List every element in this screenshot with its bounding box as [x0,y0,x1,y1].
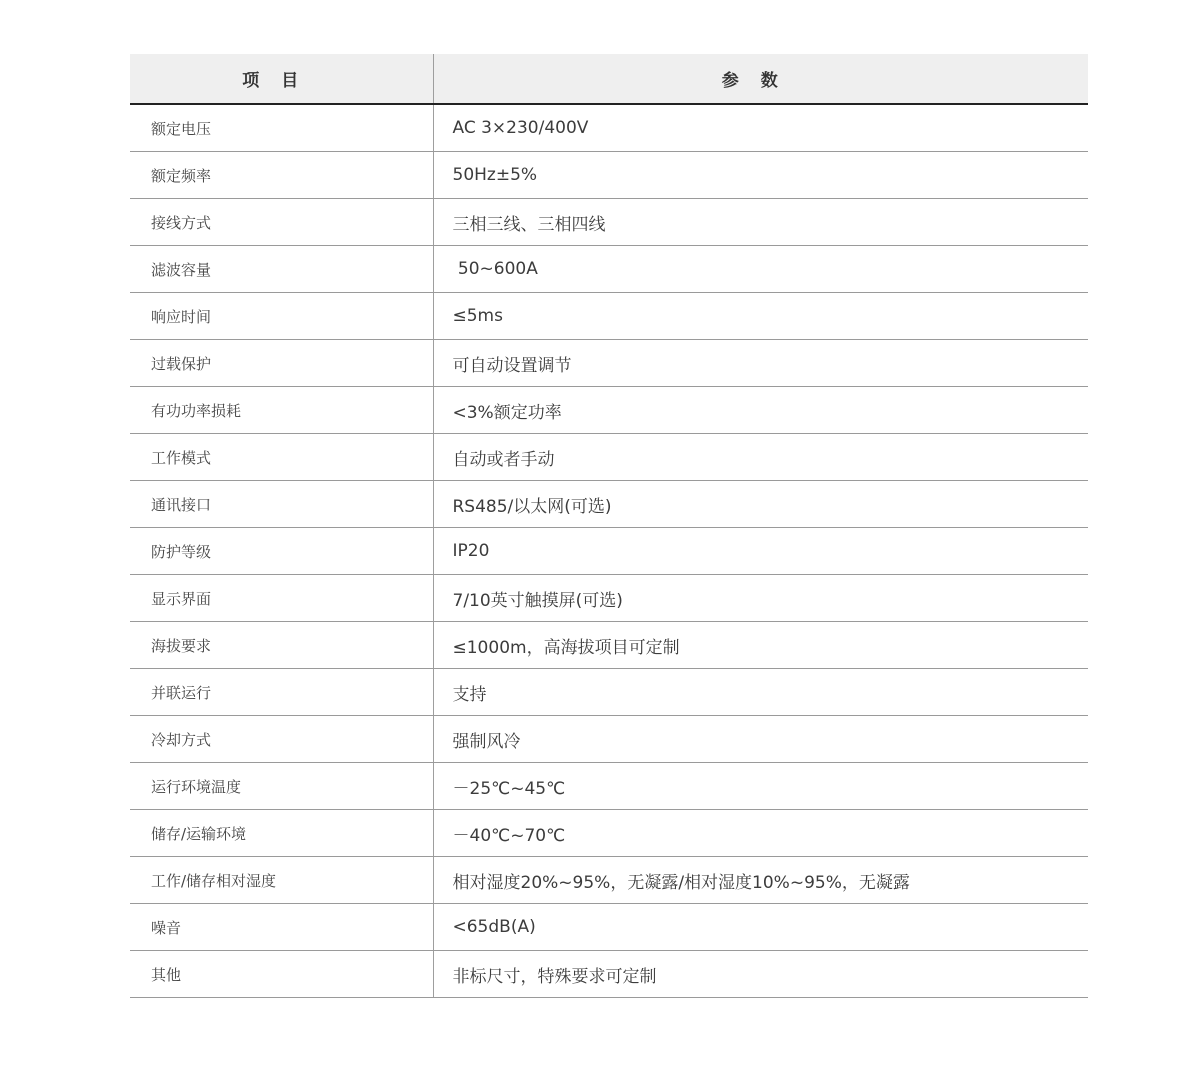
table-row: 其他非标尺寸，特殊要求可定制 [130,951,1088,998]
spec-item-value: ≤1000m，高海拔项目可定制 [433,622,1088,669]
table-row: 响应时间≤5ms [130,293,1088,340]
spec-item-name: 滤波容量 [130,246,433,293]
spec-item-value: IP20 [433,528,1088,575]
spec-item-value: 7/10英寸触摸屏(可选) [433,575,1088,622]
spec-item-value: 支持 [433,669,1088,716]
spec-item-name: 运行环境温度 [130,763,433,810]
spec-item-value: －40℃~70℃ [433,810,1088,857]
table-row: 储存/运输环境－40℃~70℃ [130,810,1088,857]
table-body: 额定电压AC 3×230/400V额定频率50Hz±5%接线方式三相三线、三相四… [130,104,1088,998]
table-row: 防护等级IP20 [130,528,1088,575]
table-row: 额定频率50Hz±5% [130,152,1088,199]
spec-item-name: 响应时间 [130,293,433,340]
spec-item-value: －25℃~45℃ [433,763,1088,810]
spec-item-value: 50Hz±5% [433,152,1088,199]
spec-item-name: 接线方式 [130,199,433,246]
spec-item-name: 通讯接口 [130,481,433,528]
spec-item-name: 并联运行 [130,669,433,716]
spec-item-name: 有功功率损耗 [130,387,433,434]
table-row: 并联运行支持 [130,669,1088,716]
spec-item-name: 冷却方式 [130,716,433,763]
spec-item-value: RS485/以太网(可选) [433,481,1088,528]
spec-item-value: 自动或者手动 [433,434,1088,481]
spec-item-name: 海拔要求 [130,622,433,669]
table-row: 工作模式自动或者手动 [130,434,1088,481]
table-row: 冷却方式强制风冷 [130,716,1088,763]
table-row: 通讯接口RS485/以太网(可选) [130,481,1088,528]
spec-table: 项目 参数 额定电压AC 3×230/400V额定频率50Hz±5%接线方式三相… [130,54,1088,998]
table-row: 滤波容量 50~600A [130,246,1088,293]
spec-item-name: 显示界面 [130,575,433,622]
spec-item-value: AC 3×230/400V [433,104,1088,152]
spec-item-value: <3%额定功率 [433,387,1088,434]
table-row: 显示界面7/10英寸触摸屏(可选) [130,575,1088,622]
table-row: 接线方式三相三线、三相四线 [130,199,1088,246]
table-row: 有功功率损耗<3%额定功率 [130,387,1088,434]
table-row: 噪音<65dB(A) [130,904,1088,951]
spec-item-name: 工作/储存相对湿度 [130,857,433,904]
spec-item-name: 额定频率 [130,152,433,199]
spec-item-value: 强制风冷 [433,716,1088,763]
spec-item-value: 三相三线、三相四线 [433,199,1088,246]
table-row: 过载保护可自动设置调节 [130,340,1088,387]
spec-item-name: 工作模式 [130,434,433,481]
spec-item-value: ≤5ms [433,293,1088,340]
spec-item-name: 储存/运输环境 [130,810,433,857]
spec-item-value: 相对湿度20%~95%，无凝露/相对湿度10%~95%，无凝露 [433,857,1088,904]
table-header: 项目 参数 [130,54,1088,104]
spec-item-name: 额定电压 [130,104,433,152]
table-row: 工作/储存相对湿度相对湿度20%~95%，无凝露/相对湿度10%~95%，无凝露 [130,857,1088,904]
header-row: 项目 参数 [130,54,1088,104]
spec-item-name: 噪音 [130,904,433,951]
spec-item-name: 其他 [130,951,433,998]
table-row: 海拔要求≤1000m，高海拔项目可定制 [130,622,1088,669]
spec-item-name: 防护等级 [130,528,433,575]
spec-item-value: 可自动设置调节 [433,340,1088,387]
spec-item-value: 50~600A [433,246,1088,293]
spec-item-name: 过载保护 [130,340,433,387]
spec-item-value: 非标尺寸，特殊要求可定制 [433,951,1088,998]
spec-item-value: <65dB(A) [433,904,1088,951]
header-parameter: 参数 [433,54,1088,104]
table-row: 运行环境温度－25℃~45℃ [130,763,1088,810]
table-row: 额定电压AC 3×230/400V [130,104,1088,152]
header-item: 项目 [130,54,433,104]
